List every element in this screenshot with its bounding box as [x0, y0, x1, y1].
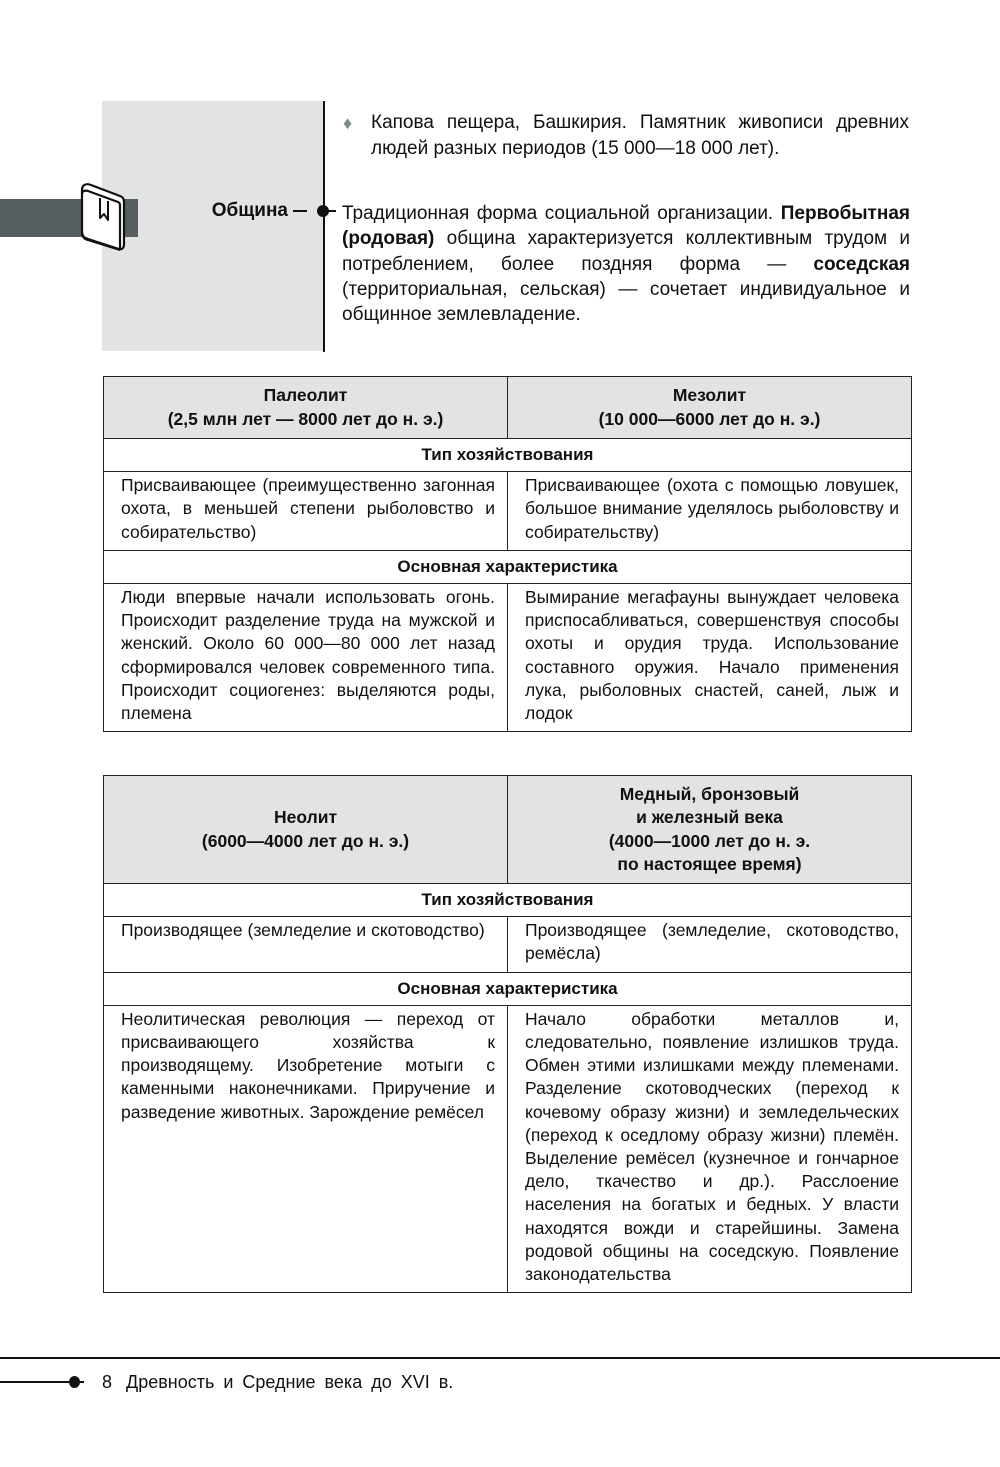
section-row: Основная характеристика: [104, 550, 912, 583]
header-dates-cont: по настоящее время): [518, 853, 901, 876]
section-row: Тип хозяйствования: [104, 439, 912, 472]
table-row: Люди впервые начали использовать огонь. …: [104, 584, 912, 732]
definition-bold-2: соседская: [813, 254, 910, 275]
era-table-paleolithic-mesolithic: Палеолит (2,5 млн лет — 8000 лет до н. э…: [103, 376, 912, 732]
table-cell: Присваивающее (преимущественно загонная …: [104, 472, 508, 551]
header-dates: (2,5 млн лет — 8000 лет до н. э.): [114, 408, 497, 431]
section-row: Основная характеристика: [104, 972, 912, 1005]
section-title: Тип хозяйствования: [104, 439, 912, 472]
note-bullet: ♦ Капова пещера, Башкирия. Памятник живо…: [343, 110, 909, 161]
table-cell: Присваивающее (охота с помощью ловушек, …: [508, 472, 912, 551]
header-mesolithic: Мезолит (10 000—6000 лет до н. э.): [508, 377, 912, 439]
header-dates: (6000—4000 лет до н. э.): [114, 830, 497, 853]
term-definition: Традиционная форма социальной организаци…: [342, 201, 910, 327]
header-title: Мезолит: [518, 384, 901, 407]
definition-text-3: (территориальная, сельская) — сочетает и…: [342, 279, 910, 325]
header-title: Неолит: [114, 806, 497, 829]
term-text: Община: [212, 199, 288, 223]
term-connector: [293, 210, 307, 212]
header-neolithic: Неолит (6000—4000 лет до н. э.): [104, 776, 508, 884]
table-row: Неолитическая революция — переход от при…: [104, 1005, 912, 1292]
footer-line-tail: [78, 1381, 84, 1383]
definition-text-1: Традиционная форма социальной организаци…: [342, 203, 781, 224]
running-title: Древность и Средние века до XVI в.: [126, 1372, 453, 1392]
table-cell: Производящее (земледелие и скотоводство): [104, 917, 508, 972]
footer-divider: [0, 1357, 1000, 1359]
table-cell: Производящее (земледелие, скотоводство, …: [508, 917, 912, 972]
note-text: Капова пещера, Башкирия. Памятник живопи…: [343, 110, 909, 161]
table-cell: Вымирание мегафауны вынуждает человека п…: [508, 584, 912, 732]
table-header-row: Палеолит (2,5 млн лет — 8000 лет до н. э…: [104, 377, 912, 439]
section-title: Тип хозяйствования: [104, 884, 912, 917]
section-row: Тип хозяйствования: [104, 884, 912, 917]
table-header-row: Неолит (6000—4000 лет до н. э.) Медный, …: [104, 776, 912, 884]
table-cell: Неолитическая революция — переход от при…: [104, 1005, 508, 1292]
table-row: Производящее (земледелие и скотоводство)…: [104, 917, 912, 972]
header-title: Палеолит: [114, 384, 497, 407]
header-dates: (10 000—6000 лет до н. э.): [518, 408, 901, 431]
header-title: Медный, бронзовый: [518, 783, 901, 806]
term-label: Община: [212, 199, 307, 223]
era-table-neolithic-metal-ages: Неолит (6000—4000 лет до н. э.) Медный, …: [103, 775, 912, 1293]
page-number: 8: [102, 1372, 112, 1392]
table-cell: Начало обработки металлов и, следователь…: [508, 1005, 912, 1292]
margin-rule: [323, 101, 325, 352]
book-with-bookmark-icon: [76, 182, 128, 254]
footer-line: [0, 1381, 72, 1383]
section-title: Основная характеристика: [104, 550, 912, 583]
term-connector-tail: [328, 210, 336, 212]
header-dates: (4000—1000 лет до н. э.: [518, 830, 901, 853]
table-row: Присваивающее (преимущественно загонная …: [104, 472, 912, 551]
running-footer: 8Древность и Средние века до XVI в.: [102, 1370, 453, 1394]
diamond-bullet-icon: ♦: [343, 111, 352, 137]
table-cell: Люди впервые начали использовать огонь. …: [104, 584, 508, 732]
header-paleolithic: Палеолит (2,5 млн лет — 8000 лет до н. э…: [104, 377, 508, 439]
header-title-cont: и железный века: [518, 806, 901, 829]
section-title: Основная характеристика: [104, 972, 912, 1005]
header-metal-ages: Медный, бронзовый и железный века (4000—…: [508, 776, 912, 884]
